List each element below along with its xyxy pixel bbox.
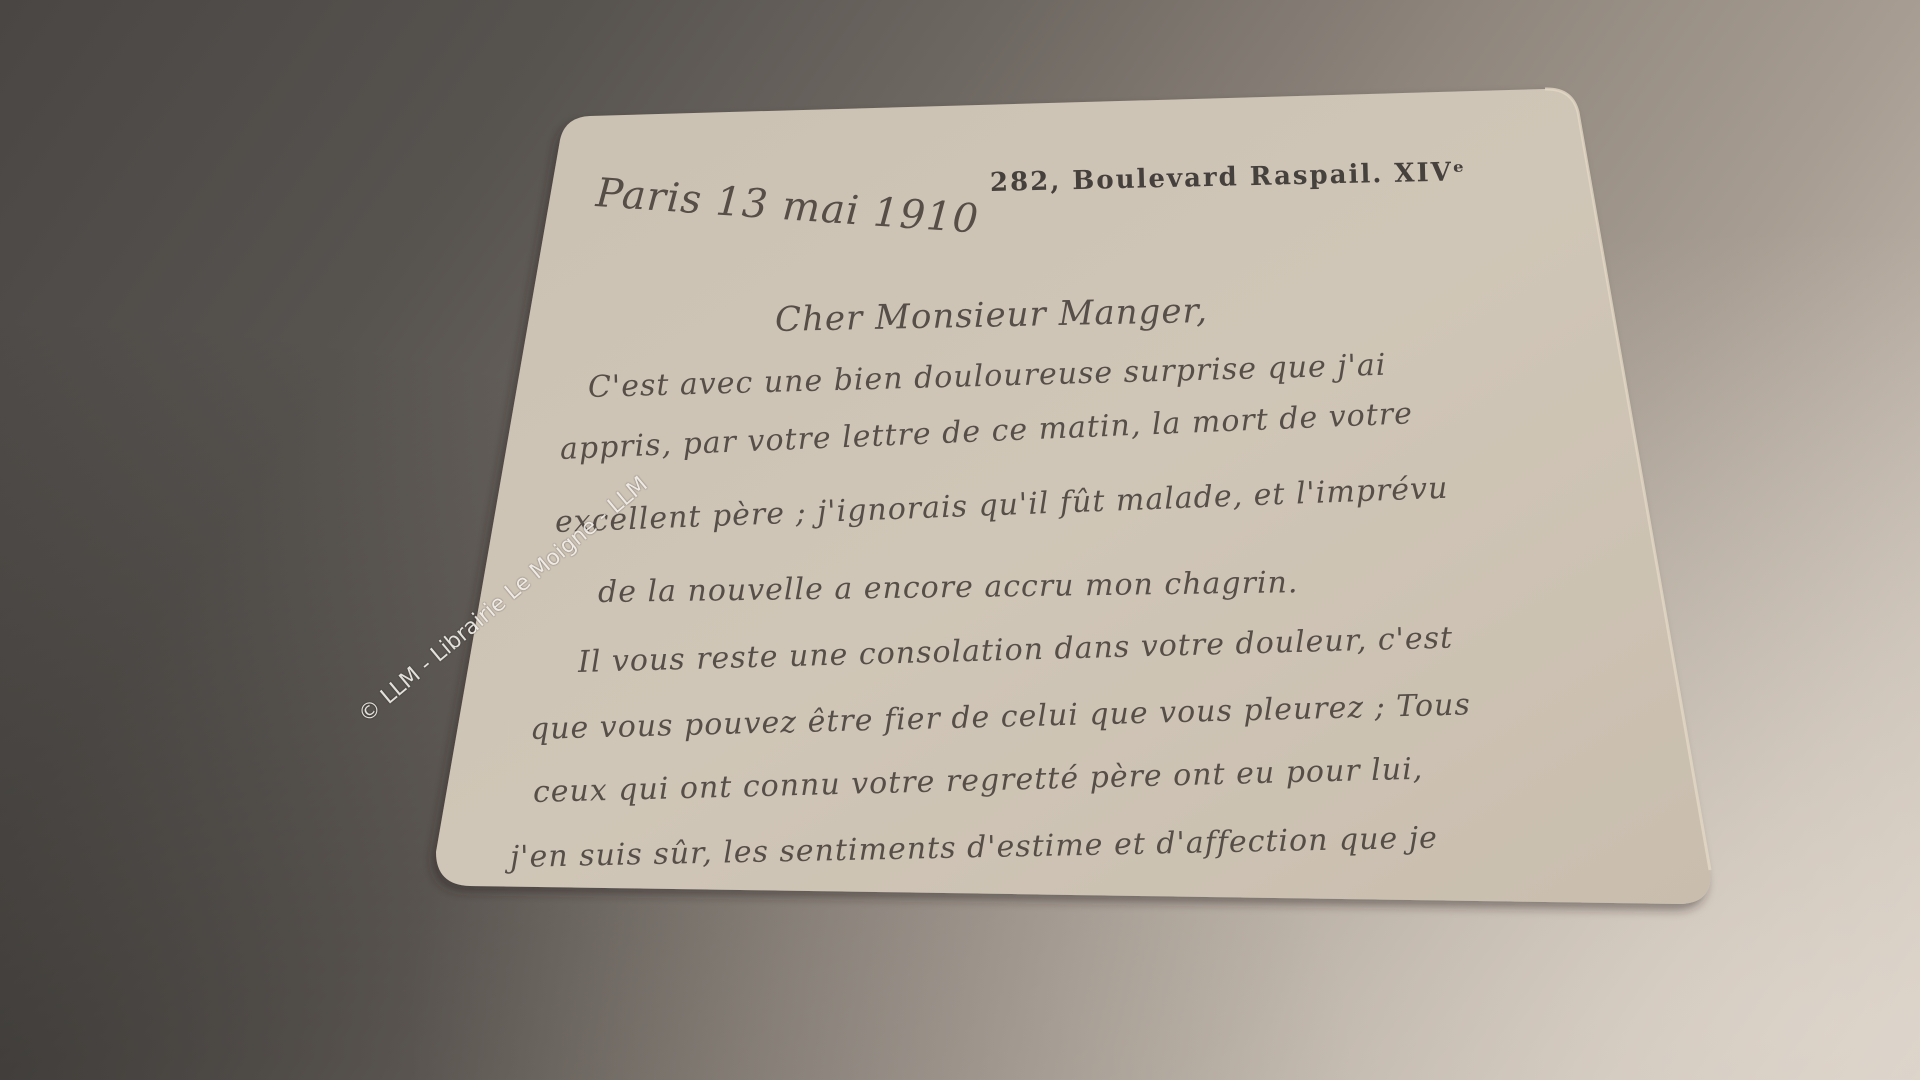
letter-line: j'en suis sûr, les sentiments d'estime e… (510, 821, 1439, 875)
letter-line: ceux qui ont connu votre regretté père o… (533, 752, 1424, 810)
letter-line: Il vous reste une consolation dans votre… (578, 621, 1454, 680)
letter-line: excellent père ; j'ignorais qu'il fût ma… (554, 471, 1449, 540)
letter-line: que vous pouvez être fier de celui que v… (530, 687, 1472, 747)
letterhead-address: 282, Boulevard Raspail. XIVᵉ (990, 157, 1467, 198)
salutation: Cher Monsieur Manger, (775, 291, 1209, 340)
letter-line: C'est avec une bien douloureuse surprise… (588, 348, 1387, 405)
date-line: Paris 13 mai 1910 (594, 170, 980, 243)
letter-line: de la nouvelle a encore accru mon chagri… (598, 565, 1299, 610)
letter-line: appris, par votre lettre de ce matin, la… (559, 396, 1413, 467)
letter-content: Paris 13 mai 1910 282, Boulevard Raspail… (0, 0, 1920, 1080)
